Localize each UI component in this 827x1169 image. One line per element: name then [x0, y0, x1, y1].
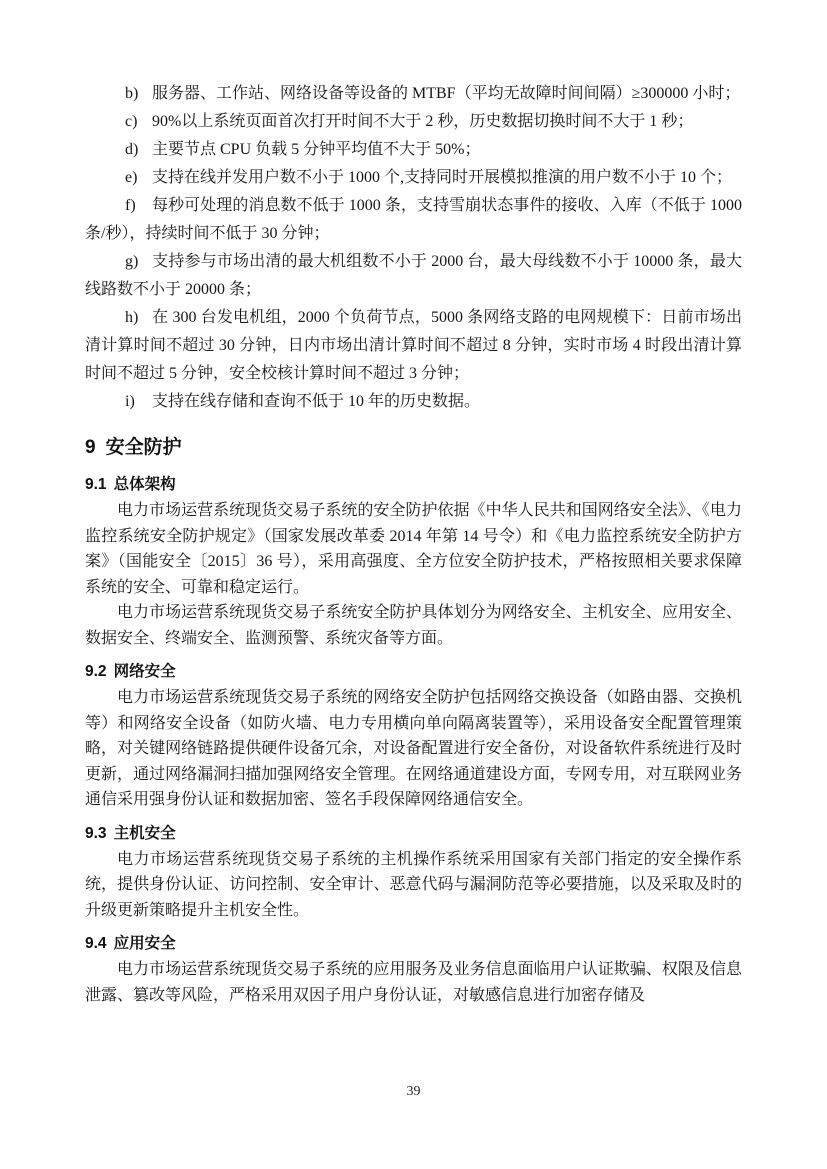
- list-item-text: 主要节点 CPU 负载 5 分钟平均值不大于 50%；: [152, 141, 480, 158]
- document-page: b)服务器、工作站、网络设备等设备的 MTBF（平均无故障时间间隔）≥30000…: [0, 0, 827, 1169]
- paragraph: 电力市场运营系统现货交易子系统的安全防护依据《中华人民共和国网络安全法》、《电力…: [85, 498, 742, 600]
- list-item-text: 90%以上系统页面首次打开时间不大于 2 秒，历史数据切换时间不大于 1 秒；: [152, 113, 693, 130]
- section-heading-9-4: 9.4应用安全: [85, 933, 742, 955]
- list-item-text: 服务器、工作站、网络设备等设备的 MTBF（平均无故障时间间隔）≥300000 …: [152, 85, 740, 102]
- section-title: 网络安全: [114, 663, 176, 680]
- list-item-text: 每秒可处理的消息数不低于 1000 条，支持雪崩状态事件的接收、入库（不低于 1…: [85, 197, 742, 242]
- list-item: e)支持在线并发用户数不小于 1000 个,支持同时开展模拟推演的用户数不小于 …: [85, 164, 742, 192]
- list-item-label: e): [125, 164, 152, 192]
- section-title: 主机安全: [114, 825, 176, 842]
- section-application-security: 9.4应用安全 电力市场运营系统现货交易子系统的应用服务及业务信息面临用户认证欺…: [85, 933, 742, 1008]
- section-heading-9-1: 9.1总体架构: [85, 474, 742, 496]
- list-item-label: g): [125, 248, 152, 276]
- chapter-title: 安全防护: [106, 437, 182, 458]
- list-item: g)支持参与市场出清的最大机组数不小于 2000 台，最大母线数不小于 1000…: [85, 248, 742, 304]
- list-item-label: f): [125, 192, 152, 220]
- chapter-number: 9: [85, 437, 96, 458]
- section-heading-9-2: 9.2网络安全: [85, 661, 742, 683]
- list-item-label: h): [125, 304, 152, 332]
- list-item-text: 在 300 台发电机组，2000 个负荷节点，5000 条网络支路的电网规模下：…: [85, 309, 742, 382]
- section-title: 应用安全: [114, 935, 176, 952]
- paragraph: 电力市场运营系统现货交易子系统的主机操作系统采用国家有关部门指定的安全操作系统，…: [85, 847, 742, 924]
- list-item-text: 支持参与市场出清的最大机组数不小于 2000 台，最大母线数不小于 10000 …: [85, 253, 742, 298]
- list-item-text: 支持在线并发用户数不小于 1000 个,支持同时开展模拟推演的用户数不小于 10…: [152, 169, 732, 186]
- list-item-label: c): [125, 108, 152, 136]
- paragraph: 电力市场运营系统现货交易子系统安全防护具体划分为网络安全、主机安全、应用安全、数…: [85, 600, 742, 651]
- section-title: 总体架构: [114, 476, 176, 493]
- list-item: b)服务器、工作站、网络设备等设备的 MTBF（平均无故障时间间隔）≥30000…: [85, 80, 742, 108]
- list-item-label: d): [125, 136, 152, 164]
- list-item-label: b): [125, 80, 152, 108]
- list-item: h)在 300 台发电机组，2000 个负荷节点，5000 条网络支路的电网规模…: [85, 304, 742, 388]
- list-item: i)支持在线存储和查询不低于 10 年的历史数据。: [85, 388, 742, 416]
- chapter-heading: 9安全防护: [85, 434, 742, 462]
- section-overall-architecture: 9.1总体架构 电力市场运营系统现货交易子系统的安全防护依据《中华人民共和国网络…: [85, 474, 742, 651]
- section-number: 9.3: [85, 825, 107, 842]
- paragraph: 电力市场运营系统现货交易子系统的网络安全防护包括网络交换设备（如路由器、交换机等…: [85, 685, 742, 813]
- list-item-text: 支持在线存储和查询不低于 10 年的历史数据。: [152, 393, 480, 410]
- section-number: 9.1: [85, 476, 107, 493]
- section-number: 9.2: [85, 663, 107, 680]
- section-number: 9.4: [85, 935, 107, 952]
- page-number: 39: [0, 1084, 827, 1100]
- list-item-label: i): [125, 388, 152, 416]
- list-item: c)90%以上系统页面首次打开时间不大于 2 秒，历史数据切换时间不大于 1 秒…: [85, 108, 742, 136]
- list-item: d)主要节点 CPU 负载 5 分钟平均值不大于 50%；: [85, 136, 742, 164]
- section-host-security: 9.3主机安全 电力市场运营系统现货交易子系统的主机操作系统采用国家有关部门指定…: [85, 823, 742, 924]
- section-network-security: 9.2网络安全 电力市场运营系统现货交易子系统的网络安全防护包括网络交换设备（如…: [85, 661, 742, 813]
- paragraph: 电力市场运营系统现货交易子系统的应用服务及业务信息面临用户认证欺骗、权限及信息泄…: [85, 957, 742, 1008]
- section-heading-9-3: 9.3主机安全: [85, 823, 742, 845]
- list-item: f)每秒可处理的消息数不低于 1000 条，支持雪崩状态事件的接收、入库（不低于…: [85, 192, 742, 248]
- requirement-list: b)服务器、工作站、网络设备等设备的 MTBF（平均无故障时间间隔）≥30000…: [85, 80, 742, 416]
